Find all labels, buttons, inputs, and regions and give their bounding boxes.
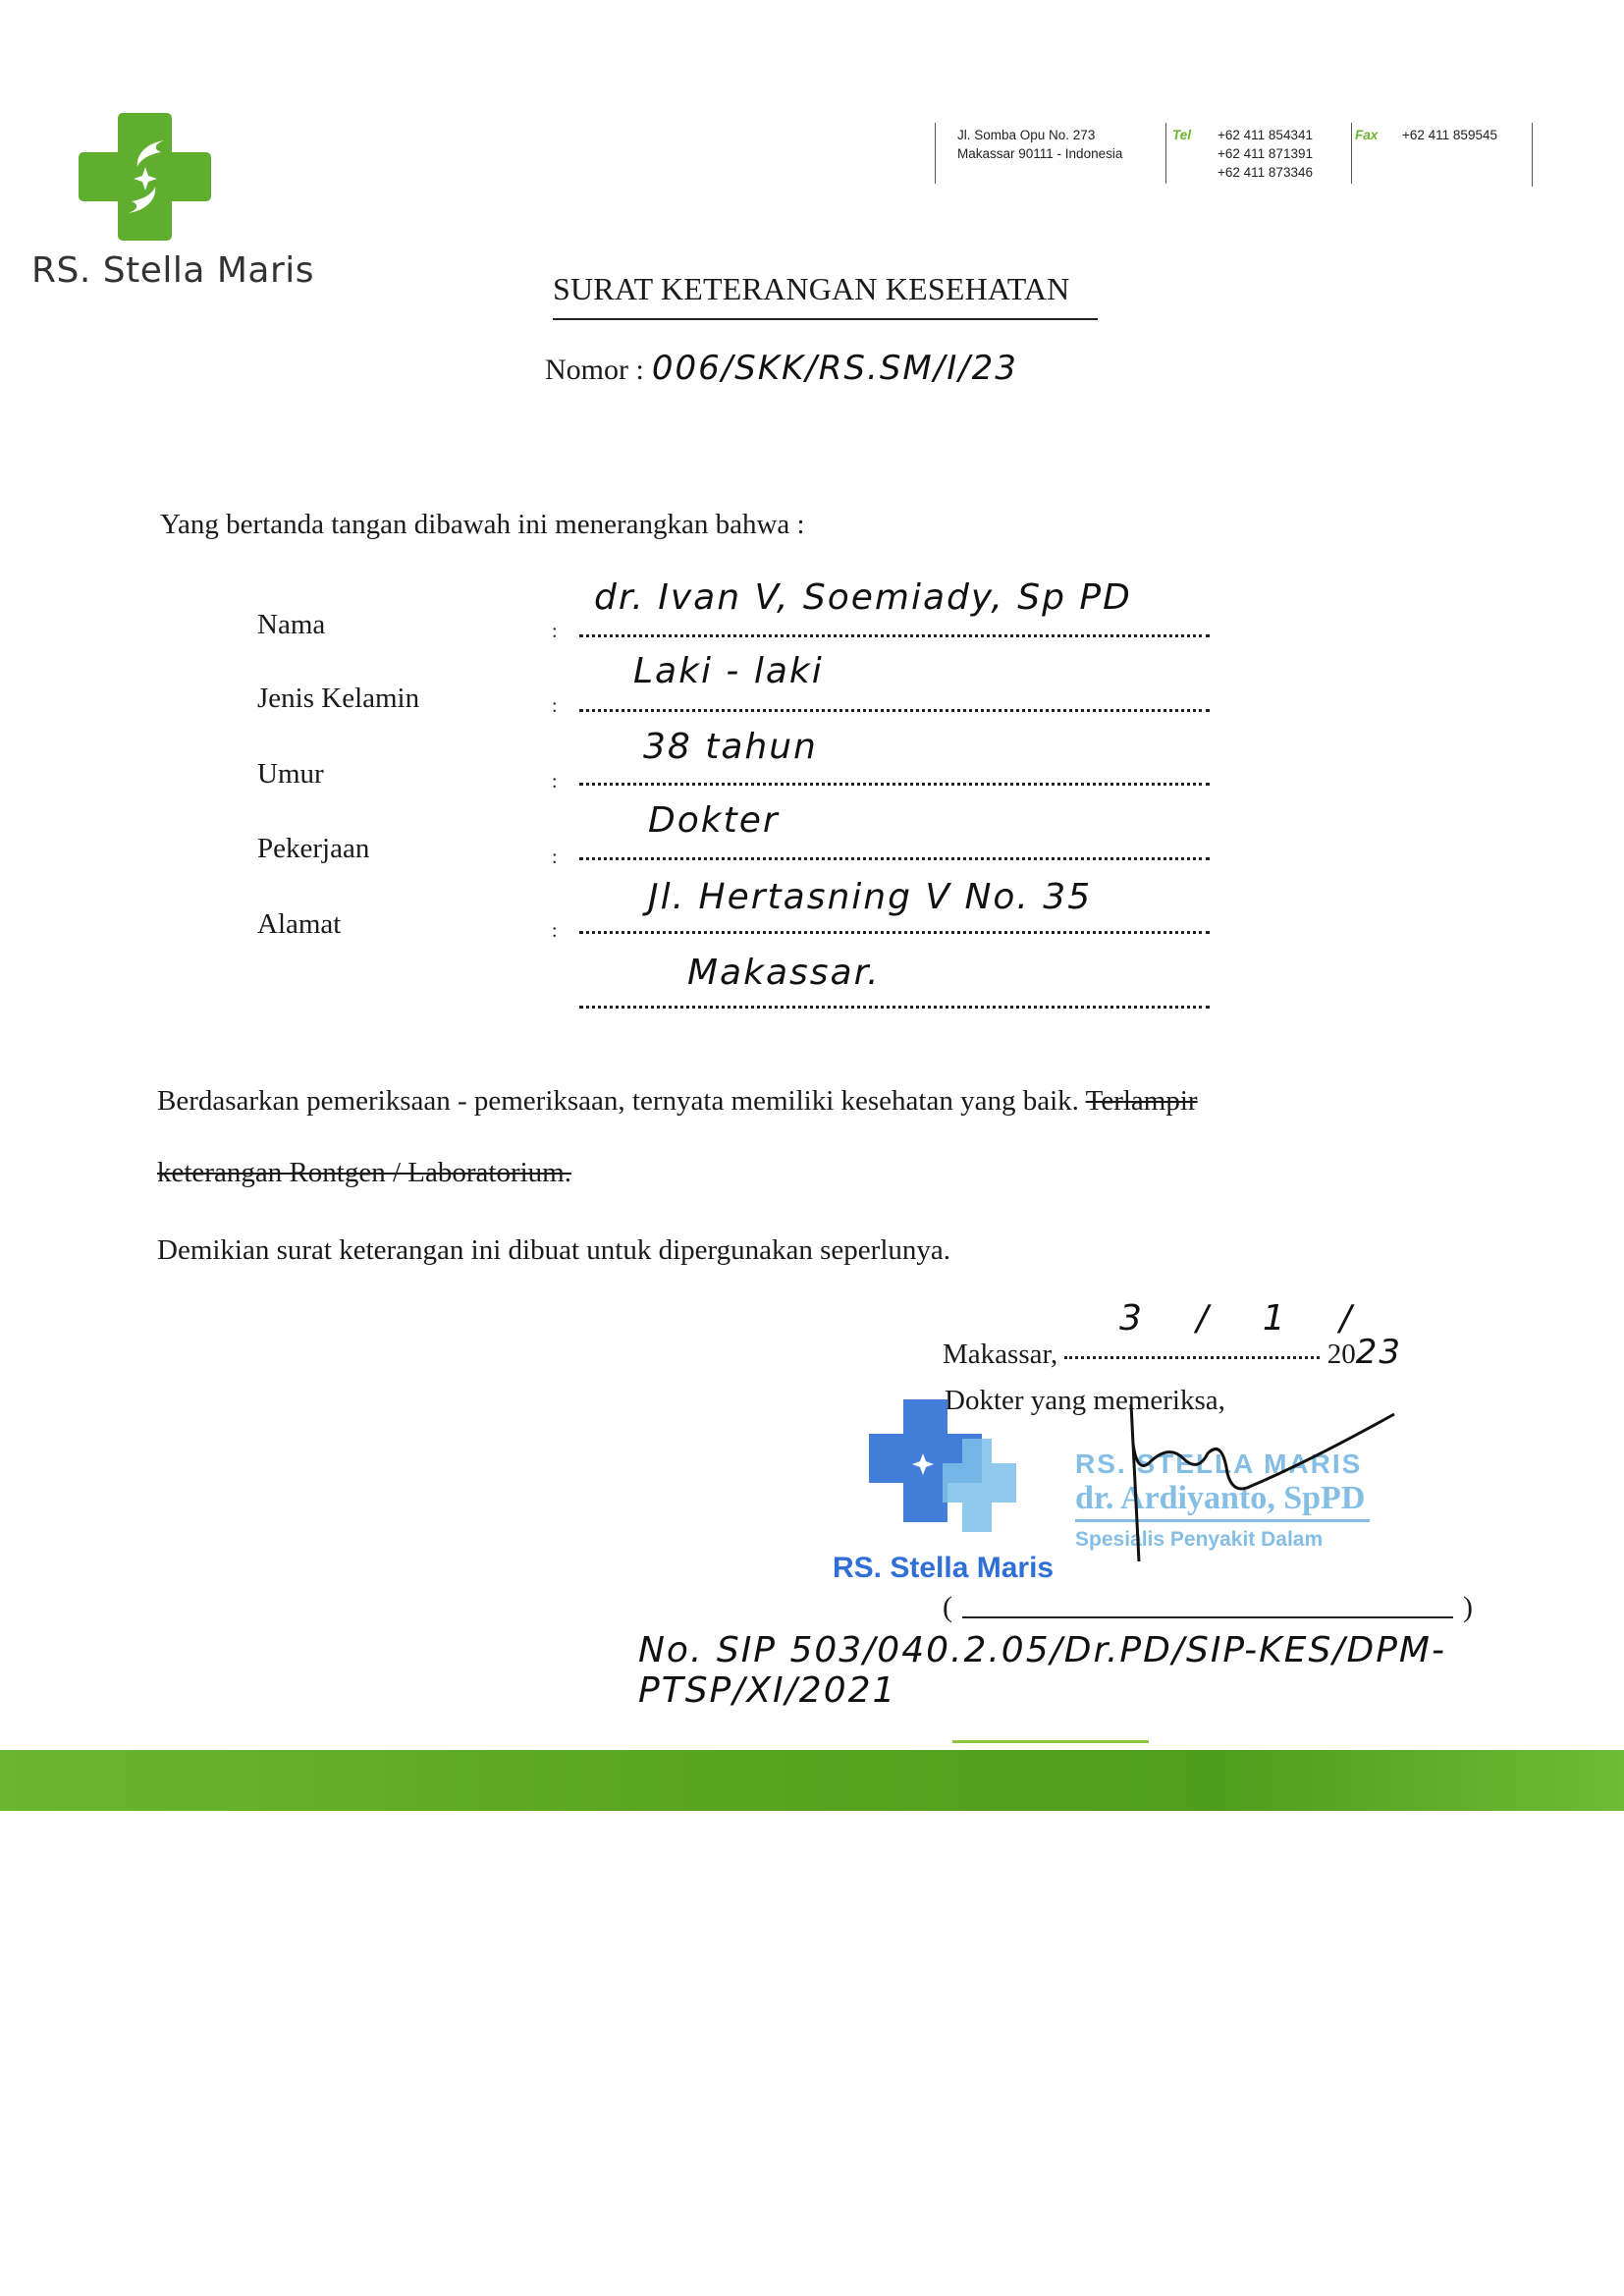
paren-close: ) [1463, 1591, 1473, 1624]
result-sentence: Berdasarkan pemeriksaan - pemeriksaan, t… [157, 1085, 1079, 1117]
field-dotted-line [579, 709, 1210, 712]
brand-name: RS. Stella Maris [31, 250, 314, 291]
tel-number: +62 411 871391 [1218, 144, 1313, 163]
tel-number: +62 411 873346 [1218, 163, 1313, 182]
result-text: Berdasarkan pemeriksaan - pemeriksaan, t… [157, 1085, 1198, 1118]
address-line-2: Makassar 90111 - Indonesia [957, 144, 1122, 163]
tel-numbers: +62 411 854341 +62 411 871391 +62 411 87… [1218, 126, 1313, 182]
header-divider [1351, 123, 1352, 184]
field-colon: : [552, 621, 558, 643]
place-label: Makassar, [943, 1339, 1057, 1370]
nomor-value: 006/SKK/RS.SM/I/23 [652, 349, 1018, 388]
field-label-jenis-kelamin: Jenis Kelamin [257, 683, 419, 715]
field-dotted-line [579, 783, 1210, 786]
address-block: Jl. Somba Opu No. 273 Makassar 90111 - I… [957, 126, 1122, 163]
field-colon: : [552, 920, 558, 943]
place-date: Makassar, 2023 [943, 1333, 1402, 1372]
footer-accent-line [952, 1740, 1149, 1743]
field-dotted-line [579, 931, 1210, 934]
field-colon: : [552, 695, 558, 718]
document-number: Nomor :006/SKK/RS.SM/I/23 [545, 349, 1018, 388]
title-underline [553, 318, 1098, 320]
hospital-cross-logo-icon [79, 113, 211, 241]
fax-label: Fax [1355, 126, 1378, 144]
field-dotted-line [579, 857, 1210, 860]
field-label-pekerjaan: Pekerjaan [257, 833, 369, 865]
year-suffix: 23 [1356, 1333, 1402, 1372]
field-value-alamat-city: Makassar. [687, 953, 881, 993]
stamp-brand: RS. Stella Maris [833, 1552, 1054, 1585]
stamp-logo-icon [864, 1399, 1051, 1561]
struck-text: Terlampir [1086, 1085, 1198, 1117]
paren-open: ( [943, 1591, 952, 1623]
field-value-jenis-kelamin: Laki - laki [633, 651, 824, 691]
footer-green-band [0, 1750, 1624, 1811]
year-prefix: 20 [1327, 1339, 1356, 1370]
date-value: 3 / 1 / [1119, 1298, 1373, 1339]
closing-text: Demikian surat keterangan ini dibuat unt… [157, 1234, 950, 1267]
header-divider [1165, 123, 1166, 184]
field-label-umur: Umur [257, 758, 324, 791]
document-title: SURAT KETERANGAN KESEHATAN [553, 271, 1070, 307]
field-label-nama: Nama [257, 609, 325, 641]
intro-text: Yang bertanda tangan dibawah ini meneran… [160, 509, 805, 541]
signature-name-bracket: ( ) [943, 1591, 1473, 1624]
address-line-1: Jl. Somba Opu No. 273 [957, 126, 1122, 144]
tel-number: +62 411 854341 [1218, 126, 1313, 144]
field-dotted-line [579, 1006, 1210, 1009]
fax-number: +62 411 859545 [1402, 126, 1497, 144]
header-divider [935, 123, 936, 184]
date-dotted-line [1064, 1356, 1320, 1359]
signature-line [962, 1616, 1453, 1618]
struck-text: keterangan Rontgen / Laboratorium. [157, 1157, 571, 1189]
header-divider [1532, 123, 1533, 187]
field-dotted-line [579, 634, 1210, 637]
field-label-alamat: Alamat [257, 908, 341, 941]
sip-number: No. SIP 503/040.2.05/Dr.PD/SIP-KES/DPM-P… [638, 1630, 1624, 1711]
tel-label: Tel [1172, 126, 1191, 144]
field-value-alamat: Jl. Hertasning V No. 35 [648, 877, 1092, 917]
field-colon: : [552, 771, 558, 793]
field-colon: : [552, 847, 558, 869]
field-value-nama: dr. Ivan V, Soemiady, Sp PD [594, 577, 1132, 618]
nomor-label: Nomor : [545, 354, 644, 386]
field-value-umur: 38 tahun [643, 727, 818, 767]
field-value-pekerjaan: Dokter [648, 800, 780, 841]
